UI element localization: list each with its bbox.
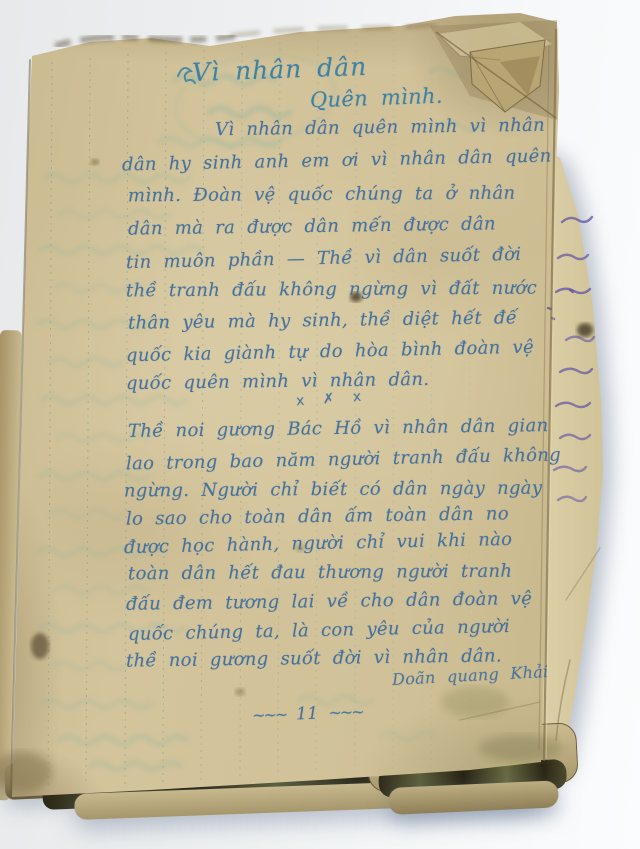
verse2-line: Thề noi gương Bác Hồ vì nhân dân gian <box>128 415 549 442</box>
handwriting-layer: Vì nhân dân Quên mình. Vì nhân dân quên … <box>0 0 640 849</box>
verse2-line: lo sao cho toàn dân ấm toàn dân no <box>126 503 509 529</box>
page-number: 11 <box>286 703 329 724</box>
verse2-line: toàn dân hết đau thương người tranh <box>128 561 512 585</box>
footer-squiggle-right: ~~~ <box>328 702 363 722</box>
verse1-line: thề tranh đấu không ngừng vì đất nước <box>126 278 537 302</box>
verse1-line: quốc kia giành tự do hòa bình đoàn vệ <box>126 337 534 367</box>
verse1-line: dân hy sinh anh em ơi vì nhân dân quên <box>122 146 552 176</box>
verse2-line: ngừng. Người chỉ biết có dân ngày ngày <box>124 478 542 502</box>
verse-separator-mark: x ✗ x <box>296 389 366 410</box>
page-subtitle: Quên mình. <box>310 84 443 113</box>
verse1-line: mình. Đoàn vệ quốc chúng ta ở nhân <box>128 183 516 207</box>
scanned-notebook-photo: Vì nhân dân Quên mình. Vì nhân dân quên … <box>0 0 640 849</box>
verse1-line: thân yêu mà hy sinh, thề diệt hết đế <box>128 307 517 333</box>
page-title: Vì nhân dân <box>192 52 368 87</box>
footer-squiggle-left: ~~~ <box>252 705 287 725</box>
verse1-line: Vì nhân dân quên mình vì nhân <box>215 115 545 141</box>
verse2-line: đấu đem tương lai về cho dân đoàn vệ <box>126 588 532 615</box>
page-footer: ~~~11~~~ <box>252 702 363 726</box>
verse1-line: quốc quên mình vì nhân dân. <box>126 369 430 394</box>
verse2-line: quốc chúng ta, là con yêu của người <box>128 616 510 645</box>
verse1-line: dân mà ra được dân mến được dân <box>128 213 496 239</box>
verse1-line: tin muôn phần — Thề vì dân suốt đời <box>126 244 522 273</box>
verse2-line: lao trong bao năm người tranh đấu không <box>126 444 561 474</box>
verse2-line: được học hành, người chỉ vui khi nào <box>124 529 513 558</box>
